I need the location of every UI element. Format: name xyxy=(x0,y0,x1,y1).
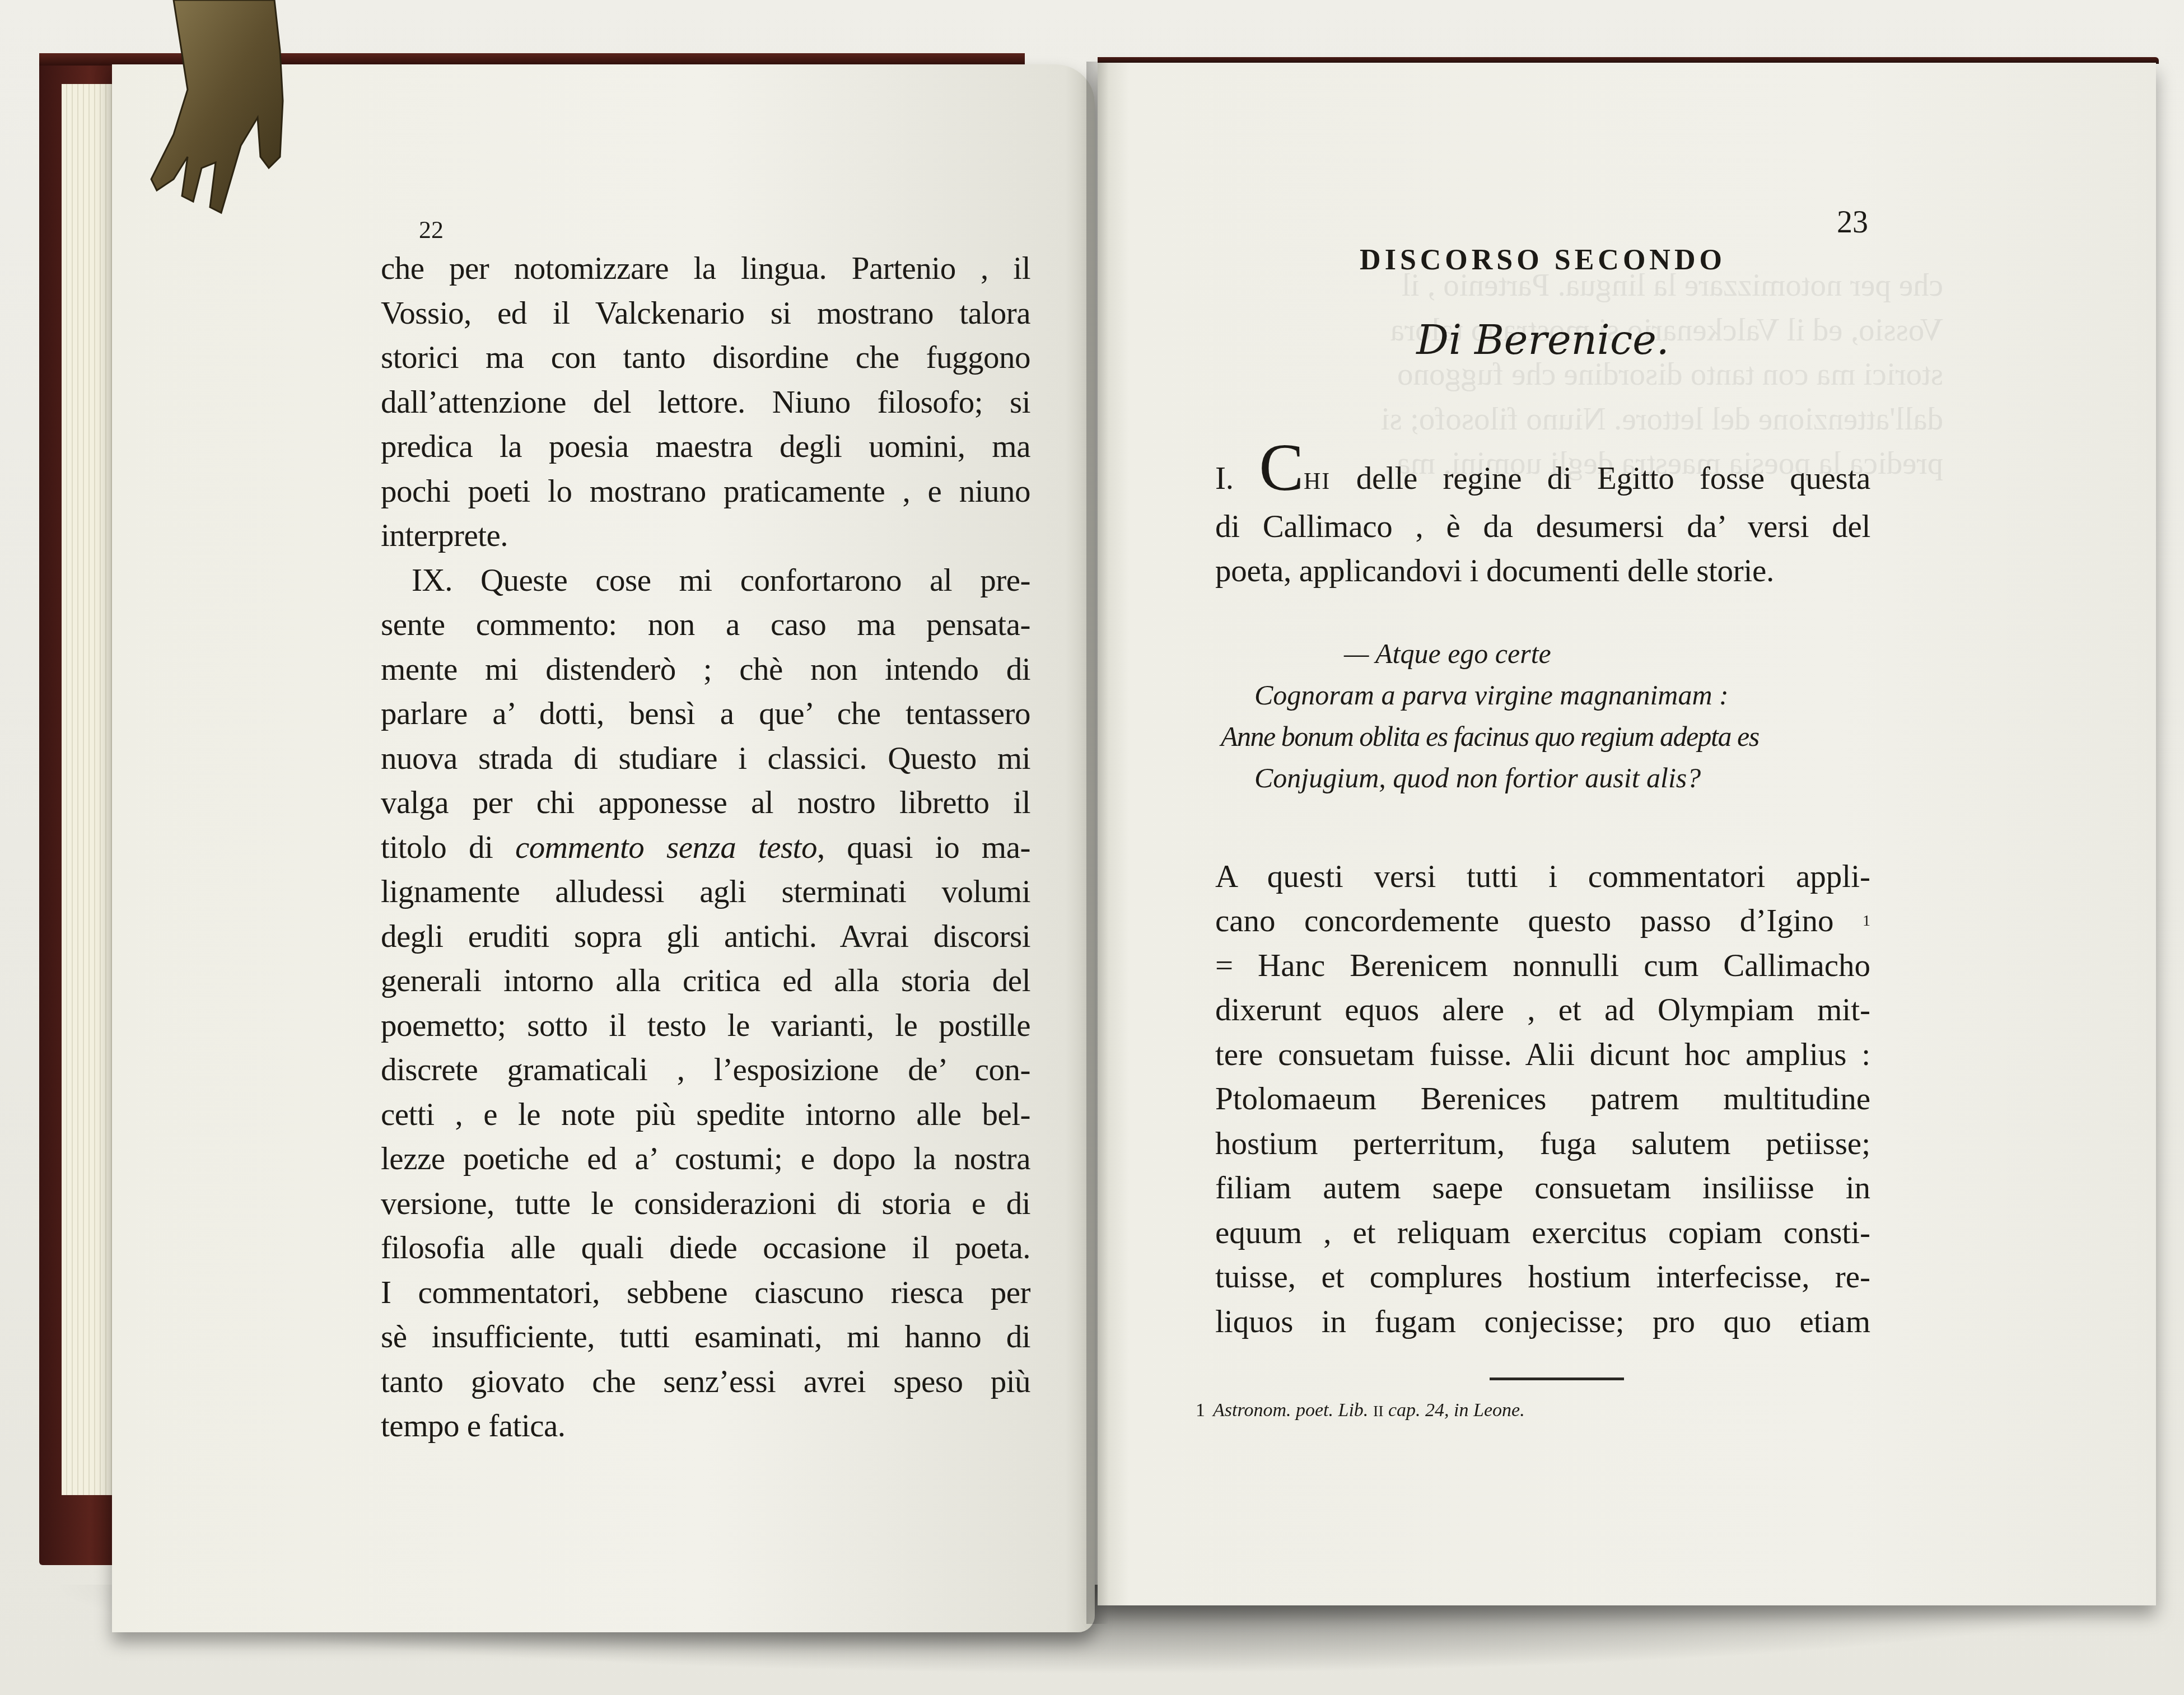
paragraph-ix-start: IX. Queste cose mi confortarono al pre- xyxy=(381,558,1030,603)
right-page-body: DISCORSO SECONDO Di Berenice. I. CHI del… xyxy=(1215,241,1870,1344)
text-line: tempo e fatica. xyxy=(381,1404,1030,1449)
text-line: di Callimaco , è da desumersi da’ versi … xyxy=(1215,505,1870,549)
text-line: sente commento: non a caso ma pensata- xyxy=(381,603,1030,647)
gutter-shadow xyxy=(1086,62,1109,1624)
text-line: filosofia alle quali diede occasione il … xyxy=(381,1226,1030,1271)
text-line: Vossio, ed il Valckenario si mostrano ta… xyxy=(381,291,1030,336)
text-line: valga per chi apponesse al nostro libret… xyxy=(381,781,1030,825)
footnote-number: 1 xyxy=(1196,1400,1205,1421)
verse-line: — Atque ego certe xyxy=(1221,633,1870,674)
text-line-with-footnote: cano concordemente questo passo d’Igino … xyxy=(1215,899,1870,944)
text-line: cetti , e le note più spedite intorno al… xyxy=(381,1092,1030,1137)
text-line: poeta, applicandovi i documenti delle st… xyxy=(1215,549,1870,594)
text-line: A questi versi tutti i commentatori appl… xyxy=(1215,854,1870,899)
text-line: pochi poeti lo mostrano praticamente , e… xyxy=(381,469,1030,514)
text-line: versione, tutte le considerazioni di sto… xyxy=(381,1182,1030,1226)
text-line: tanto giovato che senz’essi avrei speso … xyxy=(381,1360,1030,1404)
drop-cap: C xyxy=(1259,430,1304,505)
text-line: che per notomizzare la lingua. Partenio … xyxy=(381,246,1030,291)
text-line: filiam autem saepe consuetam insiliisse … xyxy=(1215,1166,1870,1211)
text-line: poemetto; sotto il testo le varianti, le… xyxy=(381,1003,1030,1048)
text-line: Ptolomaeum Berenices patrem multitudine xyxy=(1215,1077,1870,1122)
verse-line: Anne bonum oblita es facinus quo regium … xyxy=(1221,716,1870,757)
text-line-italic: titolo di commento senza testo, quasi io… xyxy=(381,825,1030,870)
text-line: tuisse, et complures hostium interfeciss… xyxy=(1215,1255,1870,1300)
text-line: mente mi distenderò ; chè non intendo di xyxy=(381,647,1030,692)
footnote: 1Astronom. poet. Lib. II cap. 24, in Leo… xyxy=(1196,1400,1525,1421)
text-line: equum , et reliquam exercitus copiam con… xyxy=(1215,1211,1870,1255)
verse-quotation: — Atque ego certe Cognoram a parva virgi… xyxy=(1215,633,1870,799)
italic-phrase: commento senza testo xyxy=(515,830,817,865)
text-line: tere consuetam fuisse. Alii dicunt hoc a… xyxy=(1215,1033,1870,1077)
page-number-left: 22 xyxy=(419,216,444,244)
left-page-body: che per notomizzare la lingua. Partenio … xyxy=(381,246,1030,1449)
text-line: discrete gramaticali , l’esposizione de’… xyxy=(381,1048,1030,1092)
paragraph-i-first-line: I. CHI delle regine di Egitto fosse ques… xyxy=(1215,456,1870,505)
bronze-hand-bookmark-icon xyxy=(90,0,325,235)
text-line: hostium perterritum, fuga salutem petiis… xyxy=(1215,1122,1870,1166)
text-line: nuova strada di studiare i classici. Que… xyxy=(381,736,1030,781)
footnote-divider xyxy=(1490,1378,1624,1380)
text-line: lezze poetiche ed a’ costumi; e dopo la … xyxy=(381,1137,1030,1182)
paragraph-i: I. CHI delle regine di Egitto fosse ques… xyxy=(1215,456,1870,594)
text-line: parlare a’ dotti, bensì a que’ che tenta… xyxy=(381,692,1030,736)
verse-line: Conjugium, quod non fortior ausit alis? xyxy=(1221,757,1870,799)
text-line: predica la poesia maestra degli uomini, … xyxy=(381,424,1030,469)
text-line: I commentatori, sebbene ciascuno riesca … xyxy=(381,1271,1030,1315)
text-line: liquos in fugam conjecisse; pro quo etia… xyxy=(1215,1300,1870,1344)
text-line: interprete. xyxy=(381,513,1030,558)
text-line: degli eruditi sopra gli antichi. Avrai d… xyxy=(381,914,1030,959)
text-line: storici ma con tanto disordine che fuggo… xyxy=(381,335,1030,380)
text-line: dixerunt equos alere , et ad Olympiam mi… xyxy=(1215,988,1870,1033)
verse-line: Cognoram a parva virgine magnanimam : xyxy=(1221,674,1870,716)
chapter-title: DISCORSO SECONDO xyxy=(1215,241,1870,280)
footnote-reference[interactable]: 1 xyxy=(1863,912,1870,930)
chapter-subtitle: Di Berenice. xyxy=(1215,316,1870,370)
text-line: lignamente alludessi agli sterminati vol… xyxy=(381,870,1030,914)
text-line: dall’attenzione del lettore. Niuno filos… xyxy=(381,380,1030,425)
text-line: sè insufficiente, tutti esaminati, mi ha… xyxy=(381,1315,1030,1360)
text-line: generali intorno alla critica ed alla st… xyxy=(381,959,1030,1003)
page-number-right: 23 xyxy=(1837,204,1868,240)
text-line: = Hanc Berenicem nonnulli cum Callimacho xyxy=(1215,944,1870,988)
paragraph-commentary: A questi versi tutti i commentatori appl… xyxy=(1215,854,1870,1344)
